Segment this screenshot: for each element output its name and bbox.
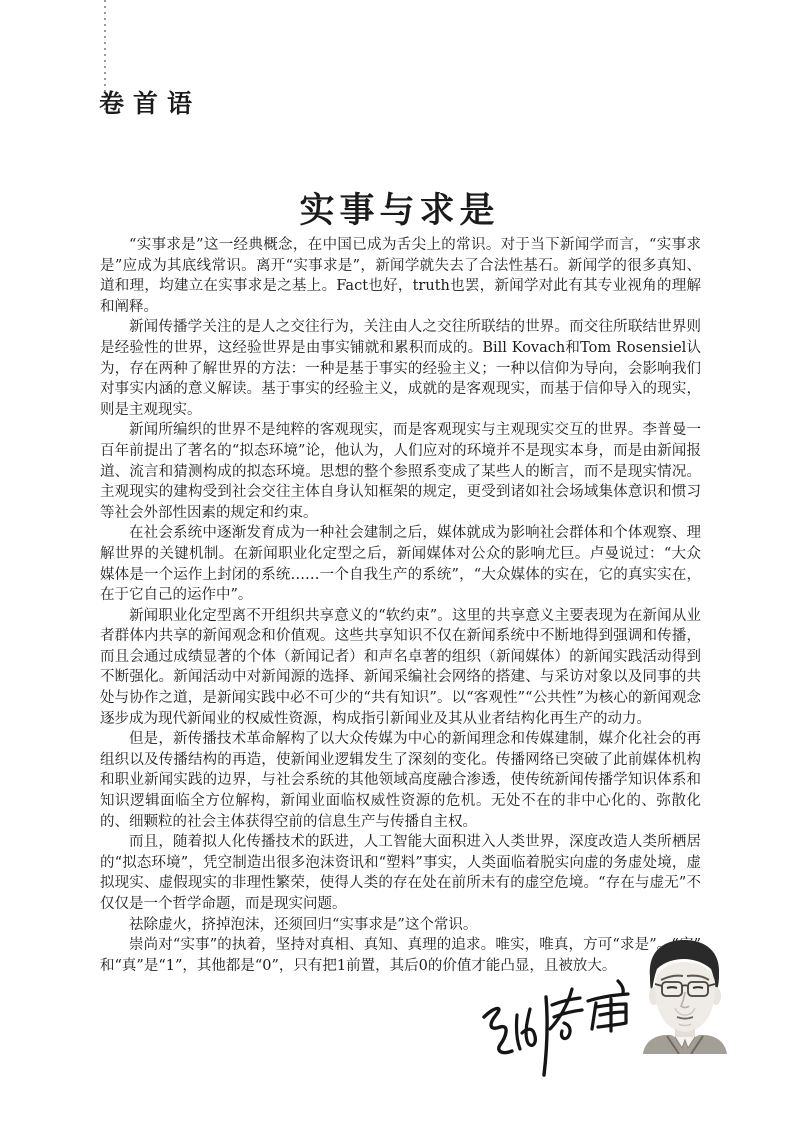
section-label: 卷首语 [99,84,201,120]
paragraph: 祛除虚火，挤掉泡沫，还须回归“实事求是”这个常识。 [100,915,701,936]
paragraph: 但是，新传播技术革命解构了以大众传媒为中心的新闻理念和传媒建制，媒介化社会的再组… [100,729,701,832]
paragraph: “实事求是”这一经典概念，在中国已成为舌尖上的常识。对于当下新闻学而言，“实事求… [100,235,701,317]
paragraph: 新闻所编织的世界不是纯粹的客观现实，而是客观现实与主观现实交互的世界。李普曼一百… [100,420,701,523]
paragraph: 新闻职业化定型离不开组织共享意义的“软约束”。这里的共享意义主要表现为在新闻从业… [100,606,701,730]
paragraph: 新闻传播学关注的是人之交往行为，关注由人之交往所联结的世界。而交往所联结世界则是… [100,317,701,420]
document-page: 卷首语 实事与求是 “实事求是”这一经典概念，在中国已成为舌尖上的常识。对于当下… [0,0,799,1124]
article-body: “实事求是”这一经典概念，在中国已成为舌尖上的常识。对于当下新闻学而言，“实事求… [100,235,701,976]
author-signature [460,945,650,1093]
page-title: 实事与求是 [0,183,799,233]
paragraph: 而且，随着拟人化传播技术的跃进，人工智能大面积进入人类世界，深度改造人类所栖居的… [100,832,701,914]
paragraph: 在社会系统中逐渐发育成为一种社会建制之后，媒体就成为影响社会群体和个体观察、理解… [100,523,701,605]
author-photo [637,936,733,1054]
